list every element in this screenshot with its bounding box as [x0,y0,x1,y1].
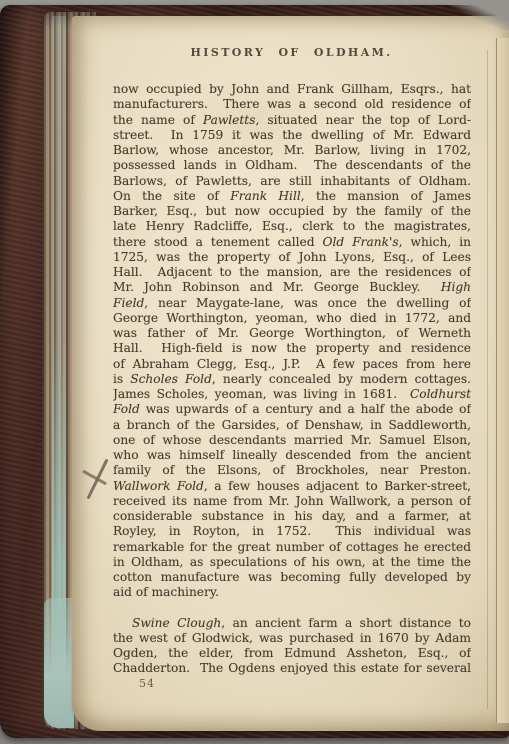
text-line: Hall. High-field is now the property and… [113,341,471,356]
text-line: received its name from Mr. John Wallwork… [113,494,471,509]
text-line: of Abraham Clegg, Esq., J.P. A few paces… [113,357,471,372]
running-head: HISTORY OF OLDHAM. [113,46,470,59]
text-line: Chadderton. The Ogdens enjoyed this esta… [113,661,471,676]
text-line: is Scholes Fold, nearly concealed by mod… [113,372,471,387]
teal-endpaper-corner [44,598,74,728]
text-line: George Worthington, yeoman, who died in … [113,311,471,326]
book-photo-scene: HISTORY OF OLDHAM. now occupied by John … [0,0,509,744]
text-line: family of the Elsons, of Brockholes, nea… [113,463,471,478]
text-line: who was himself lineally descended from … [113,448,471,463]
text-line: a branch of the Garsides, of Denshaw, in… [113,418,471,433]
background-corner [445,0,509,30]
text-line: Swine Clough, an ancient farm a short di… [113,616,471,631]
text-line: On the site of Frank Hill, the mansion o… [113,189,471,204]
text-line: Wallwork Fold, a few houses adjacent to … [113,479,471,494]
text-line: Hall. Adjacent to the mansion, are the r… [113,265,471,280]
text-line: Fold was upwards of a century and a half… [113,402,471,417]
text-line: James Scholes, yeoman, was living in 168… [113,387,471,402]
paragraph-1: now occupied by John and Frank Gillham, … [113,82,471,601]
text-line: considerable substance in his day, and a… [113,509,471,524]
text-line: there stood a tenement called Old Frank'… [113,235,471,250]
text-line: Field, near Maygate-lane, was once the d… [113,296,471,311]
page-edge-line [487,50,488,709]
text-line: Barker, Esq., but now occupied by the fa… [113,204,471,219]
text-line: cotton manufacture was becoming fully de… [113,570,471,585]
text-line: Ogden, the elder, from Edmund Assheton, … [113,646,471,661]
text-line: Barlow, whose ancestor, Mr. Barlow, livi… [113,143,471,158]
following-pages-edge [496,38,509,723]
body-text: now occupied by John and Frank Gillham, … [113,82,471,677]
text-line: possessed lands in Oldham. The descendan… [113,158,471,173]
text-line: aid of machinery. [113,585,471,600]
page-number: 54 [139,677,155,690]
paragraph-2: Swine Clough, an ancient farm a short di… [113,616,471,677]
text-line: remarkable for the great number of cotta… [113,540,471,555]
text-line: one of whose descendants married Mr. Sam… [113,433,471,448]
text-line: 1725, was the property of John Lyons, Es… [113,250,471,265]
text-line: now occupied by John and Frank Gillham, … [113,82,471,97]
text-line: street. In 1759 it was the dwelling of M… [113,128,471,143]
text-line: the name of Pawletts, situated near the … [113,113,471,128]
text-line: Mr. John Robinson and Mr. George Buckley… [113,280,471,295]
text-line: was father of Mr. George Worthington, of… [113,326,471,341]
text-line: in Oldham, as speculations of his own, a… [113,555,471,570]
text-line: late Henry Radcliffe, Esq., clerk to the… [113,219,471,234]
text-line: the west of Glodwick, was purchased in 1… [113,631,471,646]
text-line: manufacturers. There was a second old re… [113,97,471,112]
text-line: Barlows, of Pawletts, are still inhabita… [113,174,471,189]
text-line: Royley, in Royton, in 1752. This individ… [113,524,471,539]
